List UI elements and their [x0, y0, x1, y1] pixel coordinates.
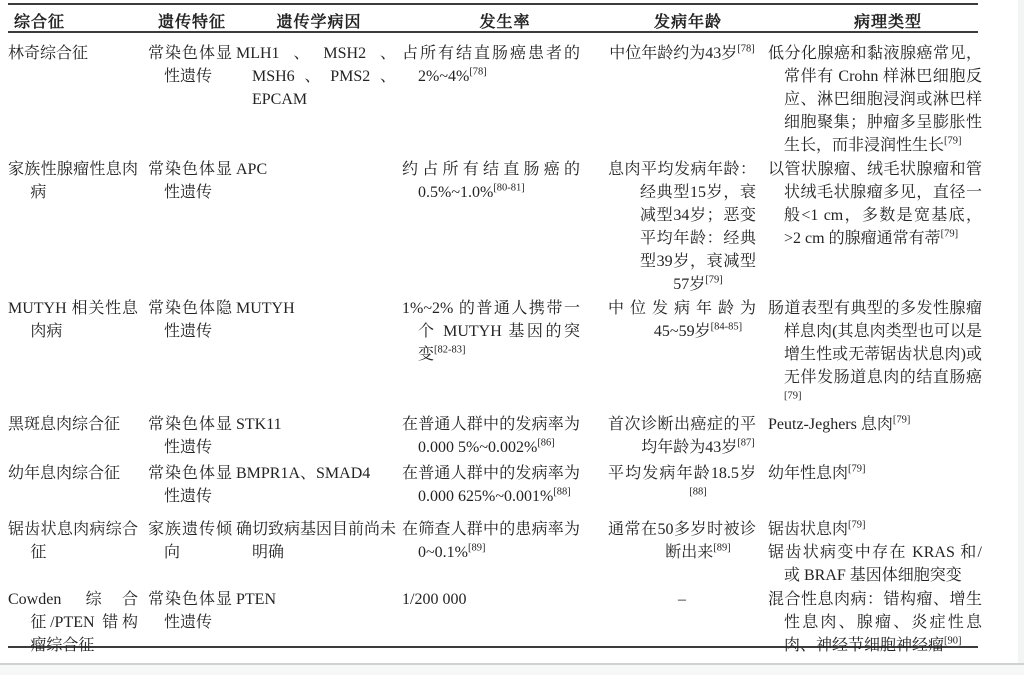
- syndrome-table: 综合征遗传特征遗传学病因发生率发病年龄病理类型 林奇综合征常染色体显性遗传MLH…: [8, 6, 1008, 658]
- column-header-4: 发生率: [402, 6, 608, 34]
- table-row: 林奇综合征常染色体显性遗传MLH1、MSH2、MSH6、PMS2、EPCAM占所…: [8, 34, 1008, 158]
- table-row: 家族性腺瘤性息肉病常染色体显性遗传APC约占所有结直肠癌的0.5%~1.0%[8…: [8, 158, 1008, 297]
- cell-paragraph: Peutz-Jeghers 息肉[79]: [768, 413, 982, 436]
- cell-paragraph: 低分化腺癌和黏液腺癌常见，常伴有 Crohn 样淋巴细胞反应、淋巴细胞浸润或淋巴…: [768, 42, 982, 157]
- table-cell: 在普通人群中的发病率为0.000 5%~0.002%[86]: [402, 413, 608, 462]
- table-cell: MLH1、MSH2、MSH6、PMS2、EPCAM: [236, 34, 402, 158]
- cell-paragraph: 平均发病年龄18.5岁[88]: [608, 462, 756, 508]
- table-cell: 占所有结直肠癌患者的2%~4%[78]: [402, 34, 608, 158]
- table-cell: 家族性腺瘤性息肉病: [8, 158, 148, 297]
- table-cell: Peutz-Jeghers 息肉[79]: [768, 413, 1008, 462]
- cell-paragraph: 1%~2% 的普通人携带一个 MUTYH 基因的突变[82-83]: [402, 297, 580, 366]
- table-cell: 首次诊断出癌症的平均年龄为43岁[87]: [608, 413, 768, 462]
- cell-paragraph: 锯齿状息肉病综合征: [8, 518, 138, 564]
- cell-paragraph: 息肉平均发病年龄：经典型15岁，衰减型34岁；恶变平均年龄：经典型39岁，衰减型…: [608, 158, 756, 296]
- cell-paragraph: MUTYH: [236, 297, 396, 320]
- table-row: 幼年息肉综合征常染色体显性遗传BMPR1A、SMAD4在普通人群中的发病率为0.…: [8, 462, 1008, 518]
- cell-paragraph: STK11: [236, 413, 396, 436]
- cell-paragraph: 肠道表型有典型的多发性腺瘤样息肉(其息肉类型也可以是增生性或无蒂锯齿状息肉)或无…: [768, 297, 982, 412]
- column-header-6: 病理类型: [768, 6, 1008, 34]
- table-cell: 常染色体显性遗传: [148, 588, 236, 658]
- cell-paragraph: 中位年龄约为43岁[78]: [608, 42, 756, 65]
- table-cell: 平均发病年龄18.5岁[88]: [608, 462, 768, 518]
- cell-paragraph: 家族遗传倾向: [148, 518, 232, 564]
- cell-paragraph: 约占所有结直肠癌的0.5%~1.0%[80-81]: [402, 158, 580, 204]
- cell-paragraph: 锯齿状病变中存在 KRAS 和/或 BRAF 基因体细胞突变: [768, 541, 982, 587]
- cell-paragraph: 通常在50多岁时被诊断出来[89]: [608, 518, 756, 564]
- table-row: Cowden 综合征/PTEN 错构瘤综合征常染色体显性遗传PTEN1/200 …: [8, 588, 1008, 658]
- cell-paragraph: MLH1、MSH2、MSH6、PMS2、EPCAM: [236, 42, 396, 111]
- cell-paragraph: 首次诊断出癌症的平均年龄为43岁[87]: [608, 413, 756, 459]
- table-top-rule: [8, 3, 978, 5]
- table-cell: 常染色体显性遗传: [148, 413, 236, 462]
- table-cell: APC: [236, 158, 402, 297]
- table-cell: PTEN: [236, 588, 402, 658]
- cell-paragraph: 以管状腺瘤、绒毛状腺瘤和管状绒毛状腺瘤多见，直径一般<1 cm，多数是宽基底，>…: [768, 158, 982, 250]
- cell-paragraph: 黑斑息肉综合征: [8, 413, 138, 436]
- table-row: 锯齿状息肉病综合征家族遗传倾向确切致病基因目前尚未明确在筛查人群中的患病率为0~…: [8, 518, 1008, 588]
- table-cell: 黑斑息肉综合征: [8, 413, 148, 462]
- cell-paragraph: 在普通人群中的发病率为0.000 625%~0.001%[88]: [402, 462, 580, 508]
- table-cell: 林奇综合征: [8, 34, 148, 158]
- column-header-1: 综合征: [8, 6, 148, 34]
- cell-paragraph: 混合性息肉病：错构瘤、增生性息肉、腺瘤、炎症性息肉、神经节细胞神经瘤[90]: [768, 588, 982, 657]
- cell-paragraph: 常染色体显性遗传: [148, 42, 232, 88]
- table-cell: 低分化腺癌和黏液腺癌常见，常伴有 Crohn 样淋巴细胞反应、淋巴细胞浸润或淋巴…: [768, 34, 1008, 158]
- table-cell: 锯齿状息肉病综合征: [8, 518, 148, 588]
- table-row: MUTYH 相关性息肉病常染色体隐性遗传MUTYH1%~2% 的普通人携带一个 …: [8, 297, 1008, 413]
- cell-paragraph: 幼年息肉综合征: [8, 462, 138, 485]
- table-cell: 在普通人群中的发病率为0.000 625%~0.001%[88]: [402, 462, 608, 518]
- table-cell: 中位发病年龄为45~59岁[84-85]: [608, 297, 768, 413]
- cell-paragraph: 中位发病年龄为45~59岁[84-85]: [608, 297, 756, 343]
- page-edge-right: [1018, 0, 1024, 663]
- cell-paragraph: 1/200 000: [402, 588, 580, 611]
- cell-paragraph: MUTYH 相关性息肉病: [8, 297, 138, 343]
- cell-paragraph: –: [608, 588, 756, 611]
- cell-paragraph: 家族性腺瘤性息肉病: [8, 158, 138, 204]
- cell-paragraph: 林奇综合征: [8, 42, 138, 65]
- table-cell: –: [608, 588, 768, 658]
- cell-paragraph: APC: [236, 158, 396, 181]
- cell-paragraph: 在普通人群中的发病率为0.000 5%~0.002%[86]: [402, 413, 580, 459]
- table-body: 林奇综合征常染色体显性遗传MLH1、MSH2、MSH6、PMS2、EPCAM占所…: [8, 34, 1008, 658]
- page-edge-bottom: [0, 665, 1024, 675]
- cell-paragraph: 常染色体隐性遗传: [148, 297, 232, 343]
- table-cell: 约占所有结直肠癌的0.5%~1.0%[80-81]: [402, 158, 608, 297]
- paper-page: 综合征遗传特征遗传学病因发生率发病年龄病理类型 林奇综合征常染色体显性遗传MLH…: [0, 0, 1024, 675]
- table-cell: 常染色体显性遗传: [148, 158, 236, 297]
- cell-paragraph: 确切致病基因目前尚未明确: [236, 518, 396, 564]
- column-header-3: 遗传学病因: [236, 6, 402, 34]
- header-row: 综合征遗传特征遗传学病因发生率发病年龄病理类型: [8, 6, 1008, 34]
- table-cell: 常染色体隐性遗传: [148, 297, 236, 413]
- table-row: 黑斑息肉综合征常染色体显性遗传STK11在普通人群中的发病率为0.000 5%~…: [8, 413, 1008, 462]
- cell-paragraph: 占所有结直肠癌患者的2%~4%[78]: [402, 42, 580, 88]
- table-cell: 在筛查人群中的患病率为0~0.1%[89]: [402, 518, 608, 588]
- cell-paragraph: 常染色体显性遗传: [148, 588, 232, 634]
- table-cell: 1%~2% 的普通人携带一个 MUTYH 基因的突变[82-83]: [402, 297, 608, 413]
- cell-paragraph: 常染色体显性遗传: [148, 413, 232, 459]
- table-cell: 锯齿状息肉[79]锯齿状病变中存在 KRAS 和/或 BRAF 基因体细胞突变: [768, 518, 1008, 588]
- table-cell: 确切致病基因目前尚未明确: [236, 518, 402, 588]
- cell-paragraph: 幼年性息肉[79]: [768, 462, 982, 485]
- table-cell: 肠道表型有典型的多发性腺瘤样息肉(其息肉类型也可以是增生性或无蒂锯齿状息肉)或无…: [768, 297, 1008, 413]
- column-header-5: 发病年龄: [608, 6, 768, 34]
- table-cell: 息肉平均发病年龄：经典型15岁，衰减型34岁；恶变平均年龄：经典型39岁，衰减型…: [608, 158, 768, 297]
- table-cell: MUTYH: [236, 297, 402, 413]
- cell-paragraph: 在筛查人群中的患病率为0~0.1%[89]: [402, 518, 580, 564]
- table-cell: MUTYH 相关性息肉病: [8, 297, 148, 413]
- table-cell: 幼年息肉综合征: [8, 462, 148, 518]
- table-cell: 以管状腺瘤、绒毛状腺瘤和管状绒毛状腺瘤多见，直径一般<1 cm，多数是宽基底，>…: [768, 158, 1008, 297]
- cell-paragraph: 锯齿状息肉[79]: [768, 518, 982, 541]
- column-header-2: 遗传特征: [148, 6, 236, 34]
- table-cell: Cowden 综合征/PTEN 错构瘤综合征: [8, 588, 148, 658]
- table-cell: 常染色体显性遗传: [148, 34, 236, 158]
- table-cell: 常染色体显性遗传: [148, 462, 236, 518]
- cell-paragraph: 常染色体显性遗传: [148, 158, 232, 204]
- table-cell: 幼年性息肉[79]: [768, 462, 1008, 518]
- cell-paragraph: PTEN: [236, 588, 396, 611]
- table-cell: BMPR1A、SMAD4: [236, 462, 402, 518]
- table-cell: 家族遗传倾向: [148, 518, 236, 588]
- table-cell: 通常在50多岁时被诊断出来[89]: [608, 518, 768, 588]
- table-cell: STK11: [236, 413, 402, 462]
- table-cell: 混合性息肉病：错构瘤、增生性息肉、腺瘤、炎症性息肉、神经节细胞神经瘤[90]: [768, 588, 1008, 658]
- cell-paragraph: Cowden 综合征/PTEN 错构瘤综合征: [8, 588, 138, 657]
- cell-paragraph: 常染色体显性遗传: [148, 462, 232, 508]
- table-cell: 中位年龄约为43岁[78]: [608, 34, 768, 158]
- cell-paragraph: BMPR1A、SMAD4: [236, 462, 396, 485]
- table-cell: 1/200 000: [402, 588, 608, 658]
